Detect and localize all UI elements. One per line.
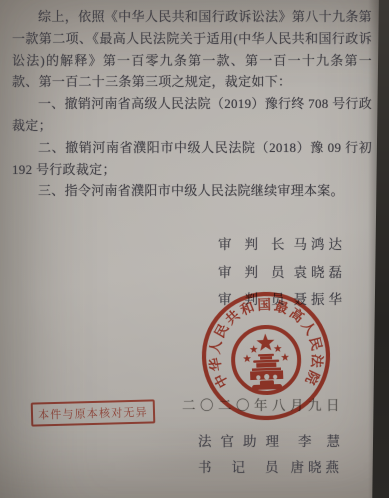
assistant-judge-row: 法官助理李慧 <box>198 429 355 455</box>
svg-text:法: 法 <box>309 353 326 368</box>
court-seal-graphic: 中华人民共和国最高人民法院 <box>197 287 336 426</box>
svg-text:人: 人 <box>207 339 224 355</box>
svg-text:最: 最 <box>273 298 291 317</box>
presiding-judge-name: 马鸿达 <box>294 237 347 252</box>
judge-title: 审判员 <box>218 265 298 280</box>
court-seal: 中华人民共和国最高人民法院 <box>197 287 336 426</box>
national-emblem-icon <box>232 326 300 394</box>
presiding-judge-row: 审判长马鸿达 <box>218 231 346 259</box>
judge-name: 袁晓磊 <box>294 265 347 280</box>
verification-stamp: 本件与原本核对无异 <box>31 399 155 426</box>
assistant-judge-title: 法官助理 <box>198 434 288 449</box>
document-page: 综上，依照《中华人民共和国行政诉讼法》第八十九条第一款第二项、《最高人民法院关于… <box>0 0 389 498</box>
paragraph-conclusion: 综上，依照《中华人民共和国行政诉讼法》第八十九条第一款第二项、《最高人民法院关于… <box>12 6 372 93</box>
svg-text:华: 华 <box>206 356 224 372</box>
ruling-item-2: 二、撤销河南省濮阳市中级人民法院（2018）豫 09 行初 192 号行政裁定； <box>12 137 372 181</box>
clerk-title: 书记员 <box>198 460 299 475</box>
clerk-name: 唐晓燕 <box>291 460 344 475</box>
ruling-body: 综上，依照《中华人民共和国行政诉讼法》第八十九条第一款第二项、《最高人民法院关于… <box>12 6 372 202</box>
assistant-judge-name: 李慧 <box>298 434 355 449</box>
staff-block: 法官助理李慧 书记员唐晓燕 <box>198 429 355 481</box>
svg-text:国: 国 <box>257 296 272 312</box>
clerk-row: 书记员唐晓燕 <box>198 455 355 481</box>
ruling-item-1: 一、撤销河南省高级人民法院（2019）豫行终 708 号行政裁定； <box>12 93 372 137</box>
document-photo: 综上，依照《中华人民共和国行政诉讼法》第八十九条第一款第二项、《最高人民法院关于… <box>0 0 389 498</box>
judge-row: 审判员袁晓磊 <box>218 259 346 287</box>
presiding-judge-title: 审判长 <box>218 237 298 252</box>
ruling-item-3: 三、指令河南省濮阳市中级人民法院继续审理本案。 <box>12 180 372 202</box>
svg-text:民: 民 <box>307 335 325 352</box>
